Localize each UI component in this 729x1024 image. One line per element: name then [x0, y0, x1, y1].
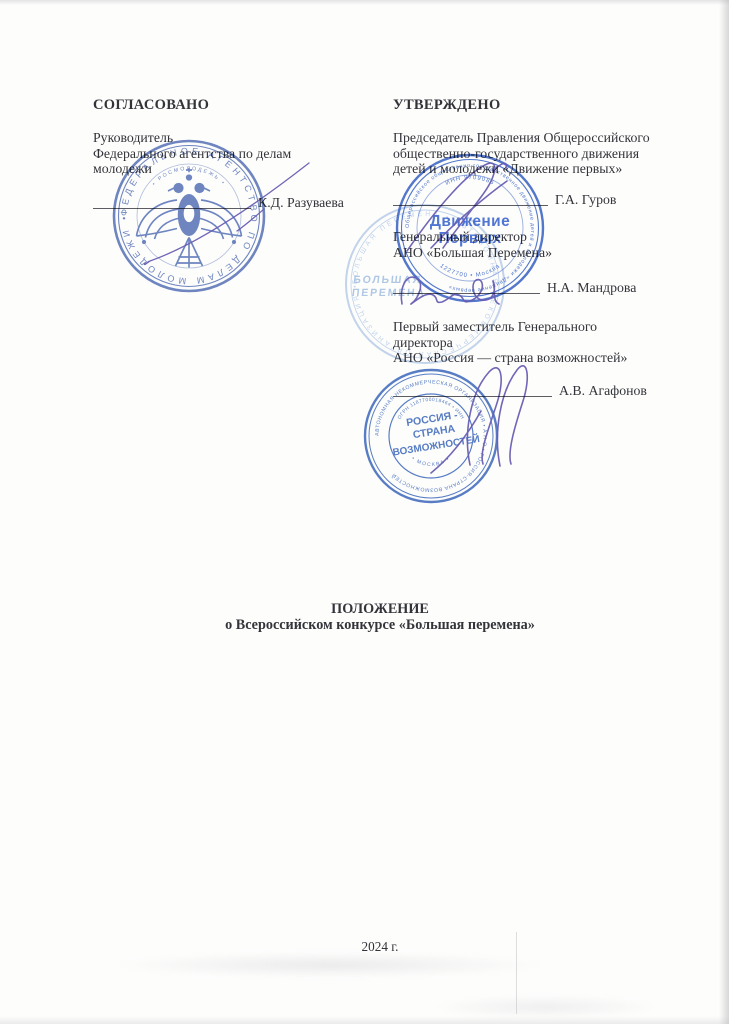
scan-edge-top — [0, 0, 729, 5]
signer-name-razuvaeva: К.Д. Разуваева — [258, 195, 344, 211]
title-line-2: о Всероссийском конкурсе «Большая переме… — [93, 617, 667, 633]
stamp-ogrn-text: ОГРН 1187700018464 • ИНН — [397, 397, 466, 421]
stamp-faint-ring — [137, 164, 241, 268]
stamp-ring-text: Общероссийское общественно-государственн… — [405, 163, 535, 293]
scan-smudge — [430, 995, 660, 1019]
signature-razuvaeva — [144, 163, 309, 264]
title-line-1: ПОЛОЖЕНИЕ — [93, 601, 667, 617]
text-line: Генеральный директор — [393, 229, 552, 245]
document-page: СОГЛАСОВАНО Руководитель Федерального аг… — [0, 0, 729, 1024]
agreed-heading: СОГЛАСОВАНО — [93, 97, 209, 114]
scan-smudge — [110, 952, 550, 978]
logo-line-1: Движение — [430, 213, 510, 230]
stamp-inner-ring — [402, 160, 539, 297]
rsv-logo: РОССИЯ - СТРАНА ВОЗМОЖНОСТЕЙ — [388, 406, 481, 458]
signature-line — [393, 277, 540, 294]
signer-name-agafonov: А.В. Агафонов — [559, 383, 647, 399]
logo-line-2: СТРАНА — [412, 423, 456, 442]
text-line: директора — [393, 335, 627, 351]
signer-name-gurov: Г.А. Гуров — [555, 192, 616, 208]
stamp-city-text: • МОСКВА • — [410, 456, 452, 468]
signature-row-razuvaeva: К.Д. Разуваева — [93, 192, 344, 209]
signature-line — [93, 192, 251, 209]
logo-line-1: РОССИЯ - — [405, 409, 458, 429]
stamp-center-ring — [389, 394, 473, 478]
text-line: Руководитель — [93, 130, 291, 146]
text-line: АНО «Большая Перемена» — [393, 245, 552, 261]
approved-signer-title-2: Генеральный директор АНО «Большая Переме… — [393, 229, 552, 260]
scan-edge-right — [719, 0, 729, 1024]
signature-row-agafonov: А.В. Агафонов — [393, 380, 647, 397]
agreed-signer-title: Руководитель Федерального агентства по д… — [93, 130, 291, 177]
approved-signer-title-3: Первый заместитель Генерального директор… — [393, 319, 627, 366]
approved-signer-title-1: Председатель Правления Общероссийского о… — [393, 130, 650, 177]
signature-line — [393, 380, 552, 397]
document-title: ПОЛОЖЕНИЕ о Всероссийском конкурсе «Боль… — [93, 601, 667, 634]
signature-line — [393, 189, 548, 206]
signature-row-mandrova: Н.А. Мандрова — [393, 277, 636, 294]
text-line: общественно-государственного движения — [393, 146, 650, 162]
text-line: детей и молодежи «Движение первых» — [393, 161, 650, 177]
signature-row-gurov: Г.А. Гуров — [393, 189, 616, 206]
text-line: Председатель Правления Общероссийского — [393, 130, 650, 146]
double-headed-eagle-icon — [137, 168, 242, 268]
approved-heading: УТВЕРЖДЕНО — [393, 97, 501, 114]
logo-line-3: ВОЗМОЖНОСТЕЙ — [392, 432, 481, 459]
text-line: молодежи — [93, 161, 291, 177]
text-line: Федерального агентства по делам — [93, 146, 291, 162]
signer-name-mandrova: Н.А. Мандрова — [547, 280, 636, 296]
text-line: Первый заместитель Генерального — [393, 319, 627, 335]
text-line: АНО «Россия — страна возможностей» — [393, 350, 627, 366]
